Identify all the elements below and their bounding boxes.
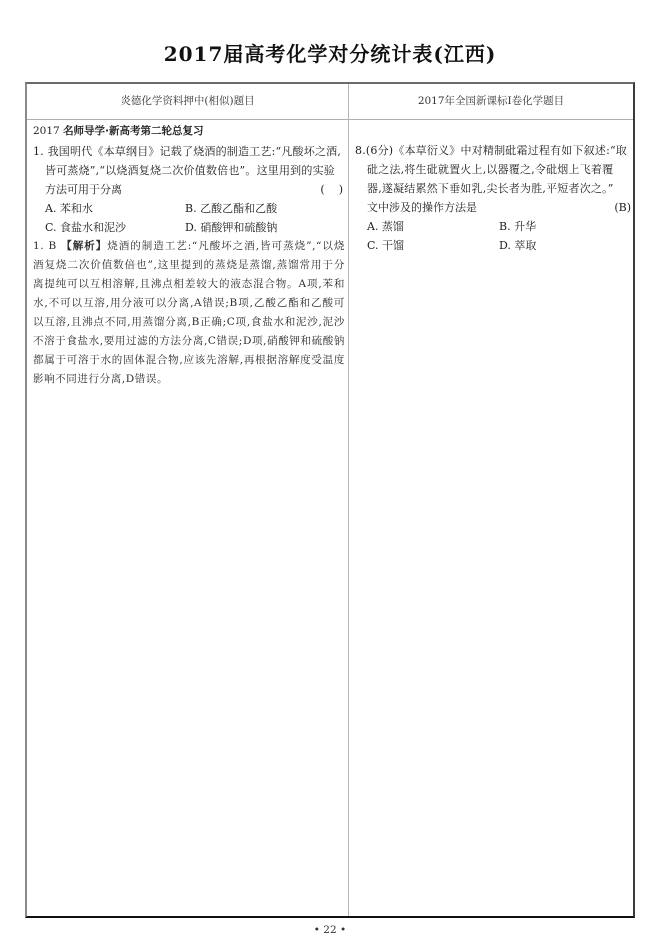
explanation: 1. B 【解析】烧酒的制造工艺:“凡酸坏之酒,皆可蒸烧”,“以烧酒复烧二次价值… — [33, 237, 345, 389]
explanation-tag: 【解析】 — [61, 240, 107, 252]
page-title: 2017届高考化学对分统计表(江西) — [0, 38, 660, 67]
option-d: D. 萃取 — [499, 236, 631, 255]
page-number: • 22 • — [0, 924, 660, 936]
source-heading: 2017 名师导学·新高考第二轮总复习 — [33, 122, 345, 141]
question-line-3: 器,遂凝结累然下垂如乳,尖长者为胜,平短者次之。” — [355, 179, 631, 198]
left-column: 2017 名师导学·新高考第二轮总复习 1. 我国明代《本草纲目》记载了烧酒的制… — [33, 122, 345, 389]
option-d: D. 硝酸钾和硫酸钠 — [185, 218, 325, 237]
option-a: A. 苯和水 — [45, 199, 185, 218]
option-b: B. 升华 — [499, 217, 631, 236]
explanation-prefix: 1. B — [33, 240, 61, 252]
option-c: C. 食盐水和泥沙 — [45, 218, 185, 237]
question-line-3-text: 方法可用于分离 — [45, 180, 122, 199]
question-line-2: 砒之法,将生砒就置火上,以器覆之,令砒烟上飞着覆 — [355, 160, 631, 179]
source-year: 2017 — [33, 125, 63, 137]
explanation-text: 烧酒的制造工艺:“凡酸坏之酒,皆可蒸烧”,“以烧酒复烧二次价值数倍也”,这里提到… — [33, 240, 345, 385]
question-line-1: 8.(6分)《本草衍义》中对精制砒霜过程有如下叙述:“取 — [355, 141, 631, 160]
table-header-row: 炎德化学资料押中(相似)题目 2017年全国新课标Ⅰ卷化学题目 — [27, 84, 633, 120]
answer-blank: ( ) — [320, 180, 345, 199]
question-line-1: 1. 我国明代《本草纲目》记载了烧酒的制造工艺:“凡酸坏之酒, — [33, 142, 345, 161]
header-left: 炎德化学资料押中(相似)题目 — [27, 84, 348, 119]
options-row-2: C. 干馏 D. 萃取 — [355, 236, 631, 255]
source-title: 名师导学·新高考第二轮总复习 — [63, 125, 204, 137]
comparison-table: 炎德化学资料押中(相似)题目 2017年全国新课标Ⅰ卷化学题目 2017 名师导… — [25, 82, 635, 918]
options-row-1: A. 蒸馏 B. 升华 — [355, 217, 631, 236]
options-row-2: C. 食盐水和泥沙 D. 硝酸钾和硫酸钠 — [33, 218, 345, 237]
option-a: A. 蒸馏 — [367, 217, 499, 236]
header-right: 2017年全国新课标Ⅰ卷化学题目 — [349, 84, 633, 119]
question-line-3: 方法可用于分离 ( ) — [33, 180, 345, 199]
option-b: B. 乙酸乙酯和乙酸 — [185, 199, 325, 218]
column-divider — [348, 84, 349, 916]
option-c: C. 干馏 — [367, 236, 499, 255]
question-line-4-text: 文中涉及的操作方法是 — [367, 198, 477, 217]
right-column: 8.(6分)《本草衍义》中对精制砒霜过程有如下叙述:“取 砒之法,将生砒就置火上… — [355, 141, 631, 255]
question-line-2: 皆可蒸烧”,“以烧酒复烧二次价值数倍也”。这里用到的实验 — [33, 161, 345, 180]
question-line-4: 文中涉及的操作方法是 (B) — [355, 198, 631, 217]
answer: (B) — [614, 198, 631, 217]
options-row-1: A. 苯和水 B. 乙酸乙酯和乙酸 — [33, 199, 345, 218]
